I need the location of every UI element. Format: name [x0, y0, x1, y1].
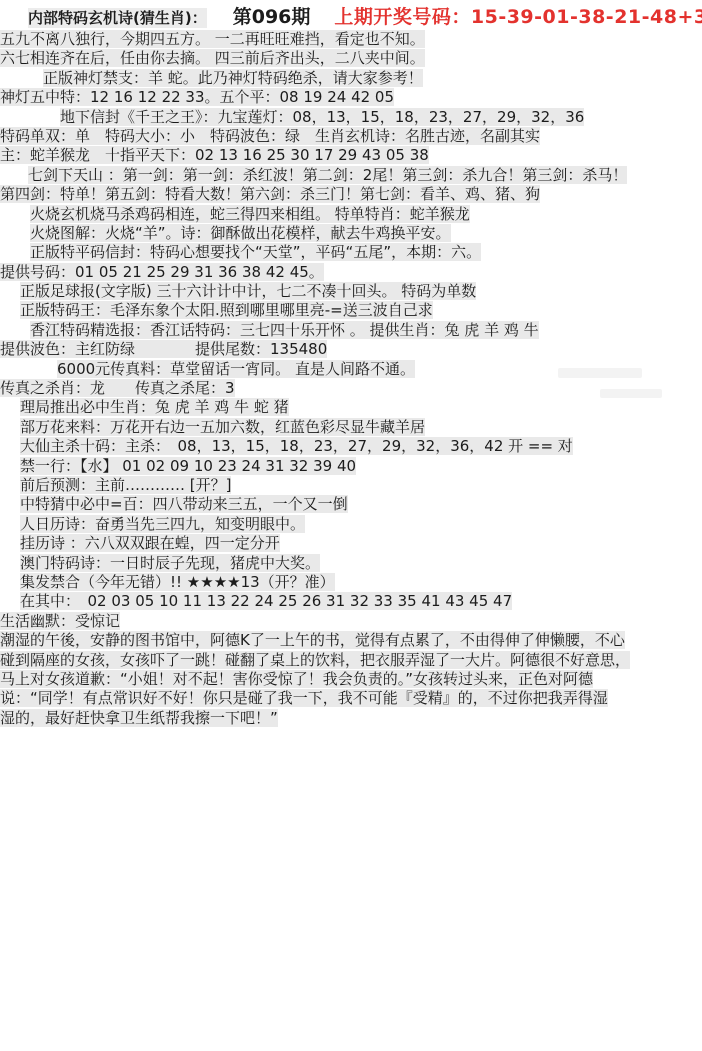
text-line: 集发禁合（今年无错）!! ★★★★13（开？准）	[0, 573, 702, 592]
text-line-content: 神灯五中特：12 16 12 22 33。五个平：08 19 24 42 05	[0, 88, 394, 106]
scan-artifact	[558, 368, 642, 378]
text-line-content: 人日历诗：奋勇当先三四九，知变明眼中。	[20, 515, 305, 533]
text-line: 禁一行：【水】 01 02 09 10 23 24 31 32 39 40	[0, 457, 702, 476]
text-line-content: 6000元传真料：草堂留话一宵同。 直是人间路不通。	[57, 360, 415, 378]
issue-number: 第096期	[233, 6, 311, 28]
text-line-content: 部万花来料：万花开右边一五加六数，红蓝色彩尽显牛藏羊居	[20, 418, 425, 436]
text-line: 香江特码精选报：香江话特码：三七四十乐开怀 。 提供生肖：兔 虎 羊 鸡 牛	[0, 321, 702, 340]
text-line-content: 特码单双：单 特码大小：小 特码波色：绿 生肖玄机诗：名胜古迹，名副其实	[0, 127, 540, 145]
text-line-content: 马上对女孩道歉：“小姐！对不起！害你受惊了！我会负责的。”女孩转过头来，正色对阿…	[0, 670, 593, 688]
document-content: 内部特码玄机诗(猜生肖)： 第096期 上期开奖号码：15-39-01-38-2…	[0, 4, 702, 728]
text-line-content: 禁一行：【水】 01 02 09 10 23 24 31 32 39 40	[20, 457, 356, 475]
header: 内部特码玄机诗(猜生肖)： 第096期 上期开奖号码：15-39-01-38-2…	[0, 4, 702, 28]
text-line-content: 碰到隔座的女孩，女孩吓了一跳！碰翻了桌上的饮料，把衣服弄湿了一大片。阿德很不好意…	[0, 651, 630, 669]
text-line: 正版神灯禁支：羊 蛇。此乃神灯特码绝杀，请大家参考！	[0, 69, 702, 88]
text-line-content: 正版足球报(文字版) 三十六计计中计，七二不凑十回头。 特码为单数	[20, 282, 476, 300]
text-line: 部万花来料：万花开右边一五加六数，红蓝色彩尽显牛藏羊居	[0, 418, 702, 437]
text-line: 五九不离八独行，今期四五方。 一二再旺旺难挡，看定也不知。	[0, 30, 702, 49]
text-line: 人日历诗：奋勇当先三四九，知变明眼中。	[0, 515, 702, 534]
text-line-content: 火烧玄机烧马杀鸡码相连，蛇三得四来相组。 特单特肖：蛇羊猴龙	[30, 205, 470, 223]
text-line: 正版特平码信封：特码心想要找个“天堂”，平码“五尾”，本期：六。	[0, 243, 702, 262]
text-line-content: 说：“同学！有点常识好不好！你只是碰了我一下，我不可能『受精』的，不过你把我弄得…	[0, 689, 608, 707]
text-line: 正版特码王：毛泽东象个太阳.照到哪里哪里亮-=送三波自己求	[0, 301, 702, 320]
text-line: 主：蛇羊猴龙 十指平天下：02 13 16 25 30 17 29 43 05 …	[0, 146, 702, 165]
text-line: 挂历诗 ：六八双双跟在蝗，四一定分开	[0, 534, 702, 553]
text-line-content: 大仙主杀十码：主杀： 08，13，15，18，23，27，29，32，36，42…	[20, 437, 573, 455]
text-line-content: 湿的，最好赶快拿卫生纸帮我擦一下吧！”	[0, 709, 278, 727]
text-line-content: 五九不离八独行，今期四五方。 一二再旺旺难挡，看定也不知。	[0, 30, 425, 48]
text-line-content: 第四剑：特单！第五剑：特看大数！第六剑：杀三门！第七剑：看羊、鸡、猪、狗	[0, 185, 540, 203]
text-line-content: 中特猜中必中=百：四八带动来三五，一个又一倒	[20, 495, 348, 513]
text-line-content: 香江特码精选报：香江话特码：三七四十乐开怀 。 提供生肖：兔 虎 羊 鸡 牛	[30, 321, 539, 339]
text-line: 六七相连齐在后，任由你去摘。 四三前后齐出头，二八夹中间。	[0, 49, 702, 68]
text-line: 大仙主杀十码：主杀： 08，13，15，18，23，27，29，32，36，42…	[0, 437, 702, 456]
text-line-content: 在其中： 02 03 05 10 11 13 22 24 25 26 31 32…	[20, 592, 512, 610]
text-line-content: 集发禁合（今年无错）!! ★★★★13（开？准）	[20, 573, 335, 591]
text-line-content: 挂历诗 ：六八双双跟在蝗，四一定分开	[20, 534, 280, 552]
text-line: 中特猜中必中=百：四八带动来三五，一个又一倒	[0, 495, 702, 514]
text-line: 湿的，最好赶快拿卫生纸帮我擦一下吧！”	[0, 709, 702, 728]
page-title: 内部特码玄机诗(猜生肖)：	[28, 8, 207, 28]
text-line-content: 传真之杀肖：龙 传真之杀尾：3	[0, 379, 235, 397]
text-line-content: 澳门特码诗：一日时辰子先现，猪虎中大奖。	[20, 554, 320, 572]
text-line: 提供号码：01 05 21 25 29 31 36 38 42 45。	[0, 263, 702, 282]
text-line: 潮湿的午後，安静的图书馆中，阿德K了一上午的书，觉得有点累了，不由得伸了伸懒腰，…	[0, 631, 702, 650]
text-line-content: 生活幽默：受惊记	[0, 612, 120, 630]
text-line: 说：“同学！有点常识好不好！你只是碰了我一下，我不可能『受精』的，不过你把我弄得…	[0, 689, 702, 708]
text-line: 特码单双：单 特码大小：小 特码波色：绿 生肖玄机诗：名胜古迹，名副其实	[0, 127, 702, 146]
text-line-content: 地下信封《千王之王》：九宝莲灯：08，13，15，18，23，27，29，32，…	[60, 108, 584, 126]
scan-artifact	[600, 389, 662, 398]
text-line: 在其中： 02 03 05 10 11 13 22 24 25 26 31 32…	[0, 592, 702, 611]
text-line: 生活幽默：受惊记	[0, 612, 702, 631]
body-lines: 五九不离八独行，今期四五方。 一二再旺旺难挡，看定也不知。六七相连齐在后，任由你…	[0, 30, 702, 728]
text-line-content: 主：蛇羊猴龙 十指平天下：02 13 16 25 30 17 29 43 05 …	[0, 146, 429, 164]
text-line: 火烧图解：火烧“羊”。诗：御酥做出花模样，献去牛鸡换平安。	[0, 224, 702, 243]
text-line-content: 正版特码王：毛泽东象个太阳.照到哪里哪里亮-=送三波自己求	[20, 301, 433, 319]
text-line: 正版足球报(文字版) 三十六计计中计，七二不凑十回头。 特码为单数	[0, 282, 702, 301]
text-line-content: 提供号码：01 05 21 25 29 31 36 38 42 45。	[0, 263, 324, 281]
text-line: 前后预测：主前………… [开？]	[0, 476, 702, 495]
text-line: 第四剑：特单！第五剑：特看大数！第六剑：杀三门！第七剑：看羊、鸡、猪、狗	[0, 185, 702, 204]
text-line: 提供波色：主红防绿 提供尾数：135480	[0, 340, 702, 359]
text-line-content: 正版神灯禁支：羊 蛇。此乃神灯特码绝杀，请大家参考！	[43, 69, 423, 87]
text-line: 马上对女孩道歉：“小姐！对不起！害你受惊了！我会负责的。”女孩转过头来，正色对阿…	[0, 670, 702, 689]
text-line: 传真之杀肖：龙 传真之杀尾：3	[0, 379, 702, 398]
text-line: 火烧玄机烧马杀鸡码相连，蛇三得四来相组。 特单特肖：蛇羊猴龙	[0, 205, 702, 224]
text-line-content: 前后预测：主前………… [开？]	[20, 476, 231, 494]
text-line: 七剑下天山 ：第一剑：第一剑：杀红波！第二剑：2尾！第三剑：杀九合！第三剑：杀马…	[0, 166, 702, 185]
text-line-content: 提供波色：主红防绿 提供尾数：135480	[0, 340, 327, 358]
text-line-content: 正版特平码信封：特码心想要找个“天堂”，平码“五尾”，本期：六。	[30, 243, 481, 261]
lottery-tip-sheet: 内部特码玄机诗(猜生肖)： 第096期 上期开奖号码：15-39-01-38-2…	[0, 0, 702, 1051]
text-line: 理局推出必中生肖：兔 虎 羊 鸡 牛 蛇 猪	[0, 398, 702, 417]
last-draw-numbers: 上期开奖号码：15-39-01-38-21-48+35	[334, 6, 702, 28]
text-line: 神灯五中特：12 16 12 22 33。五个平：08 19 24 42 05	[0, 88, 702, 107]
text-line: 碰到隔座的女孩，女孩吓了一跳！碰翻了桌上的饮料，把衣服弄湿了一大片。阿德很不好意…	[0, 651, 702, 670]
text-line-content: 六七相连齐在后，任由你去摘。 四三前后齐出头，二八夹中间。	[0, 49, 425, 67]
text-line-content: 火烧图解：火烧“羊”。诗：御酥做出花模样，献去牛鸡换平安。	[30, 224, 451, 242]
text-line: 澳门特码诗：一日时辰子先现，猪虎中大奖。	[0, 554, 702, 573]
text-line-content: 理局推出必中生肖：兔 虎 羊 鸡 牛 蛇 猪	[20, 398, 289, 416]
text-line: 地下信封《千王之王》：九宝莲灯：08，13，15，18，23，27，29，32，…	[0, 108, 702, 127]
text-line-content: 潮湿的午後，安静的图书馆中，阿德K了一上午的书，觉得有点累了，不由得伸了伸懒腰，…	[0, 631, 625, 649]
text-line-content: 七剑下天山 ：第一剑：第一剑：杀红波！第二剑：2尾！第三剑：杀九合！第三剑：杀马…	[28, 166, 627, 184]
